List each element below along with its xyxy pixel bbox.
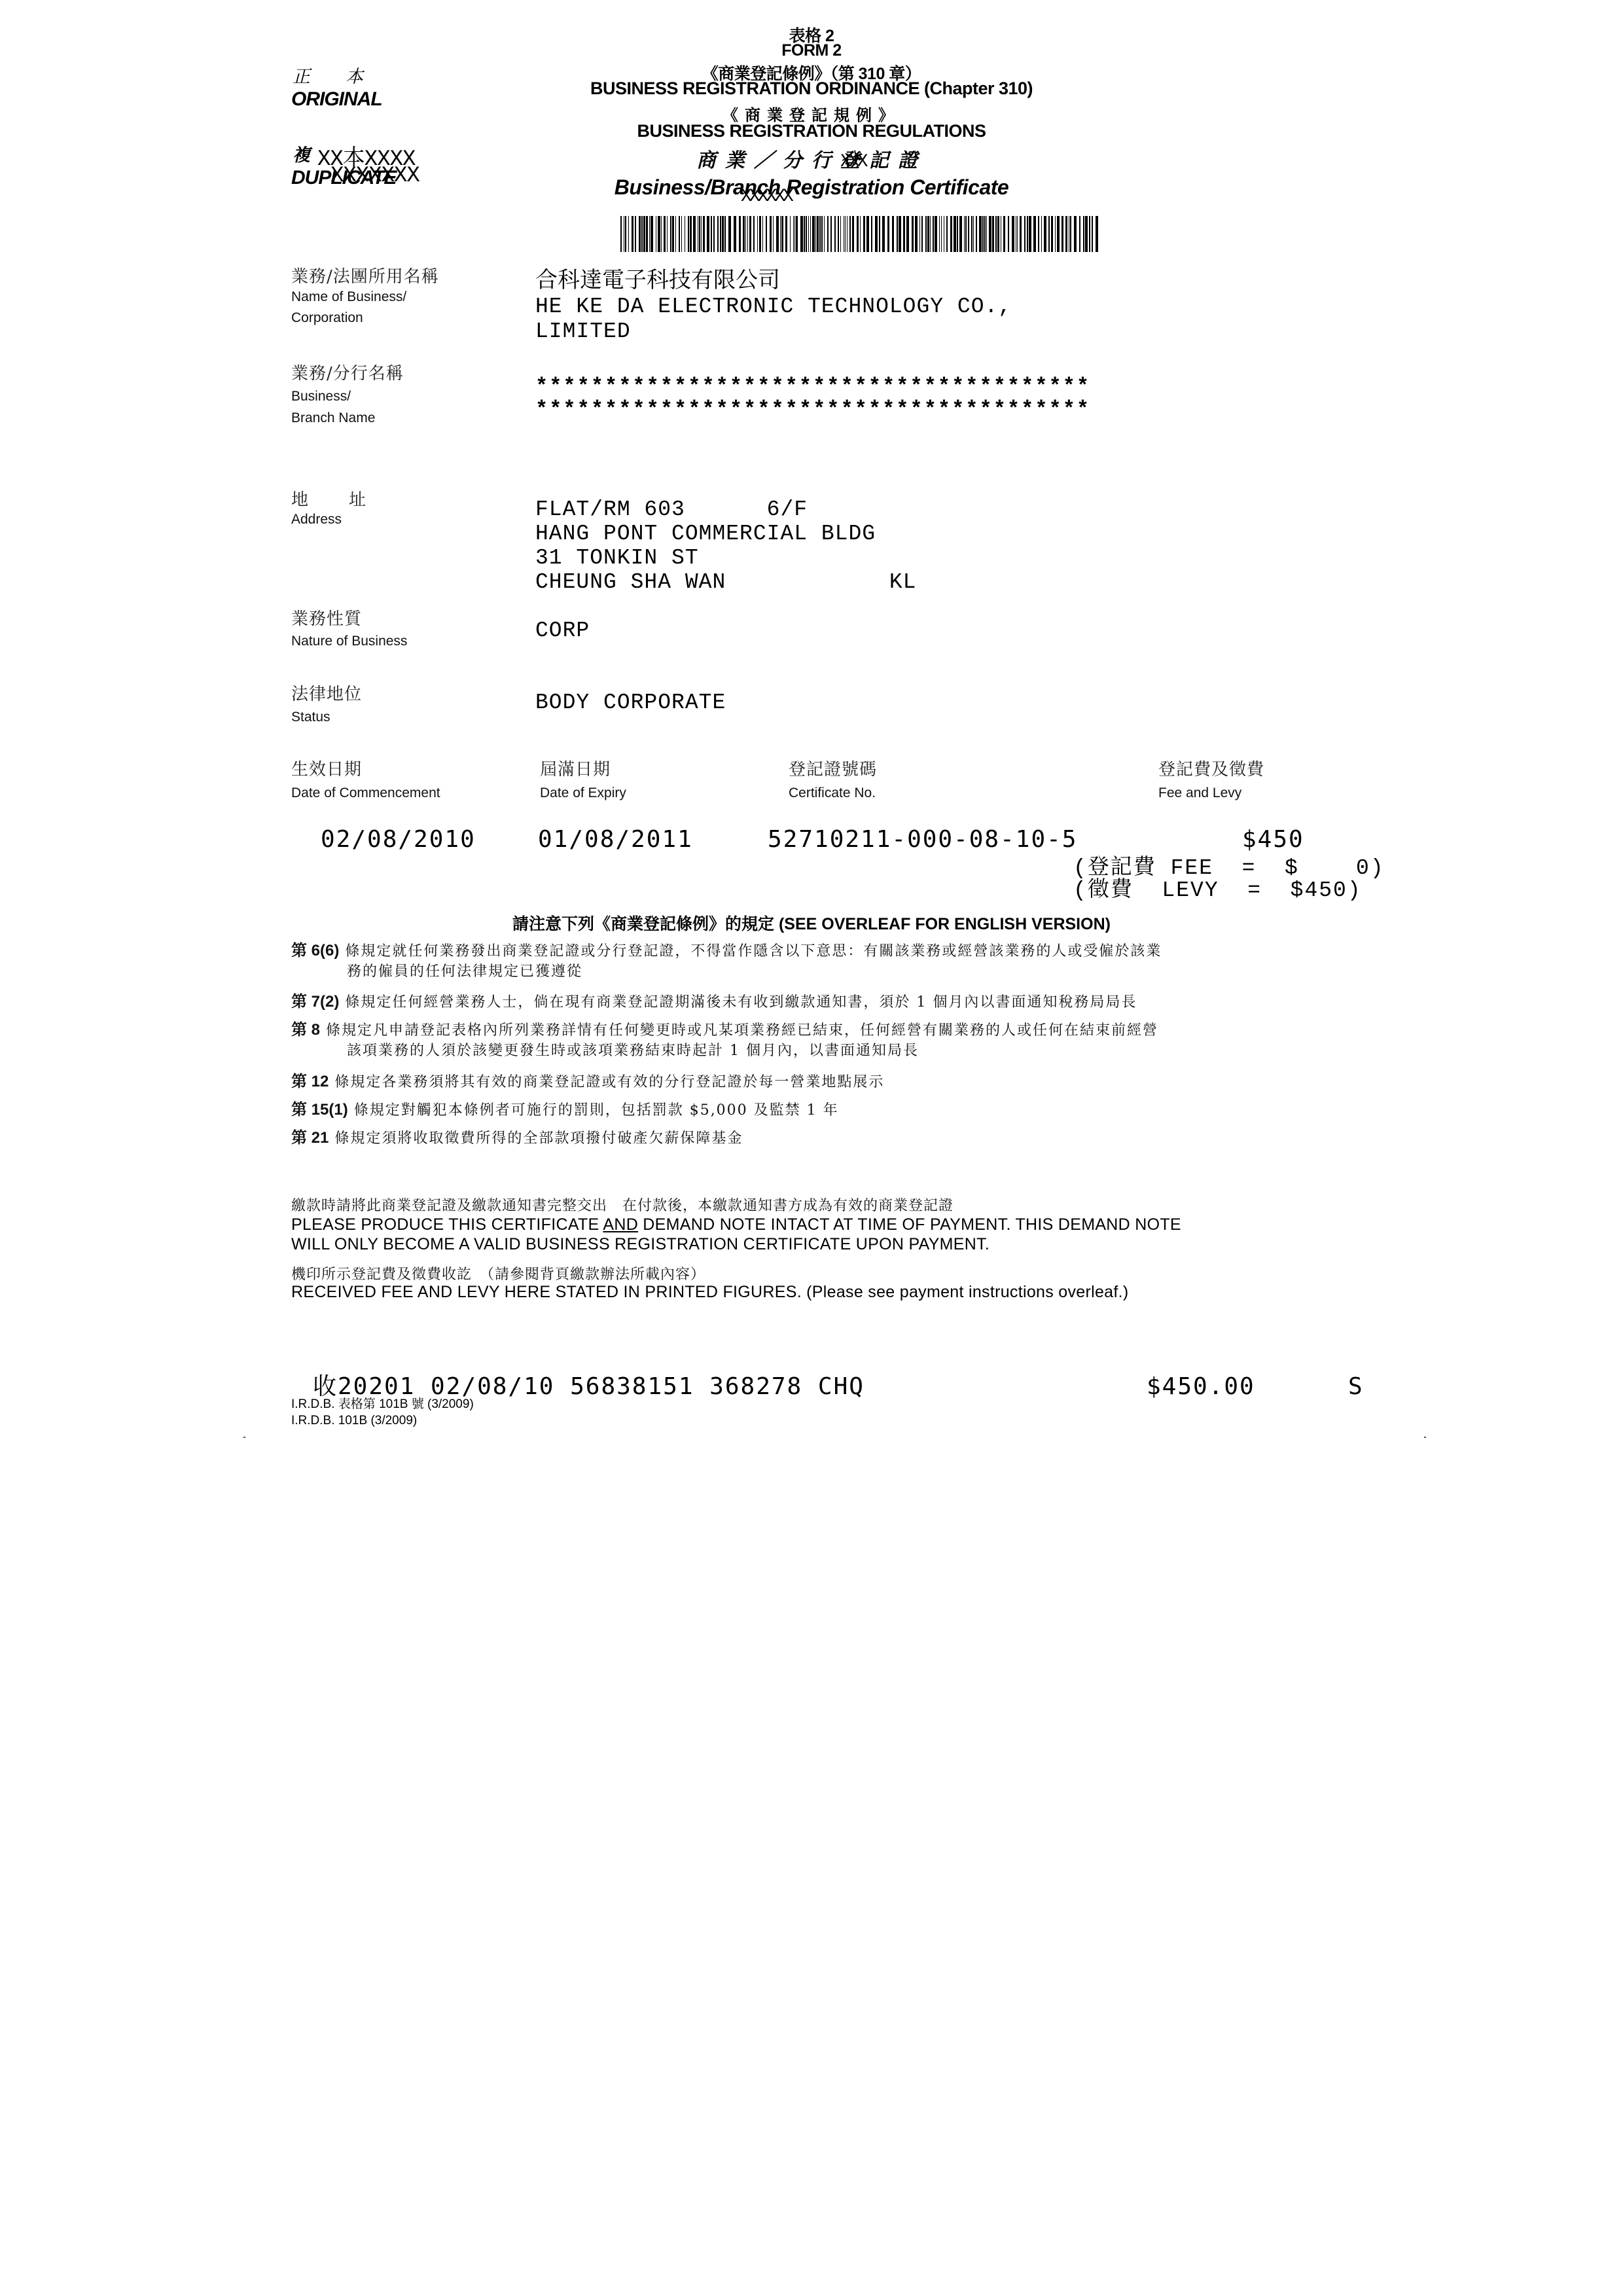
payment-instruction-en: PLEASE PRODUCE THIS CERTIFICATE AND DEMA… (291, 1215, 1181, 1234)
barcode-bar (927, 216, 929, 252)
nature-label-cn: 業務性質 (291, 605, 362, 630)
barcode-bar (1096, 216, 1098, 252)
barcode-bar (1065, 216, 1067, 252)
expiry-label-cn: 屆滿日期 (540, 756, 611, 780)
barcode-bar (658, 216, 660, 252)
barcode-bar (773, 216, 774, 252)
barcode-bar (830, 216, 832, 252)
branch-name-value: **************************************** (535, 374, 1090, 399)
barcode-bar (1024, 216, 1026, 252)
barcode-bar (785, 216, 787, 252)
barcode-bar (973, 216, 974, 252)
barcode-bar (1070, 216, 1071, 252)
status-value: BODY CORPORATE (535, 691, 726, 715)
commencement-label-cn: 生效日期 (291, 756, 362, 780)
barcode-bar (661, 216, 662, 252)
barcode-bar (635, 216, 636, 252)
barcode-bar (921, 216, 923, 252)
notice-heading: 請注意下列《商業登記條例》的規定 (SEE OVERLEAF FOR ENGLI… (0, 911, 1623, 935)
address-label-en: Address (291, 512, 342, 528)
barcode-bar (897, 216, 898, 252)
commencement-date: 02/08/2010 (321, 826, 476, 853)
barcode-bar (844, 216, 844, 252)
barcode-bar (1055, 216, 1056, 252)
barcode-bar (693, 216, 696, 252)
certificate-no-label-en: Certificate No. (789, 785, 876, 801)
barcode-bar (957, 216, 958, 252)
payment-code: S (1348, 1373, 1364, 1400)
barcode-bar (912, 216, 914, 252)
provision-12: 第 12 條規定各業務須將其有效的商業登記證或有效的分行登記證於每一營業地點展示 (291, 1068, 884, 1091)
barcode-bar (734, 216, 736, 252)
barcode-bar (959, 216, 962, 252)
barcode-bar (639, 216, 641, 252)
certificate-number: 52710211-000-08-10-5 (768, 826, 1077, 853)
barcode-bar (1041, 216, 1042, 252)
provision-6-6: 第 6(6) 條規定就任何業務發出商業登記證或分行登記證，不得當作隱含以下意思：… (291, 937, 1162, 960)
provision-6-6-cont: 務的僱員的任何法律規定已獲遵從 (347, 960, 582, 980)
barcode-bar (625, 216, 626, 252)
barcode-bar (946, 216, 948, 252)
barcode-bar (1008, 216, 1009, 252)
barcode-bar (827, 216, 829, 252)
barcode-bar (790, 216, 791, 252)
barcode-bar (759, 216, 761, 252)
barcode-bar (840, 216, 841, 252)
barcode-bar (808, 216, 809, 252)
barcode-bar (989, 216, 991, 252)
form-reference-en: I.R.D.B. 101B (3/2009) (291, 1414, 417, 1428)
barcode-bar (679, 216, 680, 252)
commencement-label-en: Date of Commencement (291, 785, 440, 801)
barcode-bar (749, 216, 751, 252)
branch-strike-overlay-cn: XXX (840, 152, 865, 172)
barcode-bar (860, 216, 861, 252)
barcode-bar (992, 216, 994, 252)
provision-7-2: 第 7(2) 條規定任何經營業務人士，倘在現有商業登記證期滿後未有收到繳款通知書… (291, 988, 1137, 1011)
nature-label-en: Nature of Business (291, 634, 407, 649)
barcode-bar (1003, 216, 1006, 252)
barcode-bar (667, 216, 668, 252)
status-label-cn: 法律地位 (291, 681, 362, 705)
barcode-bar (776, 216, 779, 252)
barcode-bar (722, 216, 724, 252)
barcode-bar (1051, 216, 1053, 252)
barcode-bar (753, 216, 755, 252)
barcode-bar (954, 216, 956, 252)
barcode-bar (819, 216, 821, 252)
barcode-bar (743, 216, 745, 252)
barcode-bar (887, 216, 889, 252)
barcode-bar (793, 216, 794, 252)
barcode-bar (770, 216, 772, 252)
expiry-label-en: Date of Expiry (540, 785, 626, 801)
fee-levy-label-en: Fee and Levy (1158, 785, 1241, 801)
barcode-bar (810, 216, 811, 252)
fee-levy-total: $450 (1242, 826, 1304, 853)
barcode-bar (925, 216, 927, 252)
barcode-bar (941, 216, 942, 252)
barcode-bar (796, 216, 798, 252)
barcode-bar (794, 216, 795, 252)
barcode-bar (664, 216, 666, 252)
regulations-title-en: BUSINESS REGISTRATION REGULATIONS (0, 121, 1623, 141)
fee-levy-label-cn: 登記費及徵費 (1158, 756, 1264, 780)
business-name-label-en: Name of Business/ (291, 289, 406, 305)
barcode-bar (698, 216, 698, 252)
barcode-bar (780, 216, 781, 252)
branch-name-label-cn: 業務/分行名稱 (291, 360, 404, 384)
barcode-bar (939, 216, 940, 252)
nature-value: CORP (535, 619, 590, 643)
barcode-bar (903, 216, 905, 252)
certificate-no-label-cn: 登記證號碼 (789, 756, 877, 780)
barcode-bar (950, 216, 952, 252)
business-name-en: HE KE DA ELECTRONIC TECHNOLOGY CO., (535, 295, 1012, 319)
barcode-bar (875, 216, 878, 252)
barcode-bar (815, 216, 816, 252)
barcode-bar (620, 216, 622, 252)
barcode-bar (624, 216, 624, 252)
certificate-title-cn: 商業／分行登記證 (0, 144, 1623, 173)
barcode-bar (699, 216, 700, 252)
barcode-bar (717, 216, 719, 252)
original-label-en: ORIGINAL (291, 88, 382, 111)
address-line-3: 31 TONKIN ST (535, 546, 699, 570)
certificate-title-en: Business/Branch Registration Certificate (0, 175, 1623, 200)
barcode-bar (681, 216, 682, 252)
expiry-date: 01/08/2011 (538, 826, 693, 853)
barcode-bar (965, 216, 967, 252)
barcode-bar (817, 216, 819, 252)
payment-instruction-en-2: WILL ONLY BECOME A VALID BUSINESS REGIST… (291, 1235, 990, 1254)
barcode-bar (1090, 216, 1090, 252)
barcode-bar (762, 216, 763, 252)
address-line-1: FLAT/RM 603 6/F (535, 497, 808, 522)
barcode-bar (804, 216, 805, 252)
barcode-bar (824, 216, 825, 252)
barcode-bar (1057, 216, 1060, 252)
provision-21: 第 21 條規定須將收取徵費所得的全部款項撥付破產欠薪保障基金 (291, 1124, 743, 1147)
barcode-bar (1085, 216, 1088, 252)
barcode-bar (1016, 216, 1016, 252)
barcode-bar (670, 216, 671, 252)
barcode-bar (672, 216, 674, 252)
barcode-bar (812, 216, 815, 252)
barcode-bar (906, 216, 909, 252)
barcode-bar (863, 216, 865, 252)
barcode-bar (935, 216, 937, 252)
barcode-bar (724, 216, 726, 252)
business-name-en-2: LIMITED (535, 319, 631, 344)
business-name-label-cn: 業務/法團所用名稱 (291, 263, 439, 287)
barcode-bar (1089, 216, 1090, 252)
barcode-bar (1069, 216, 1069, 252)
branch-strike-overlay-en: XXXXXX (741, 187, 791, 207)
barcode-bar (986, 216, 987, 252)
barcode-bar (1017, 216, 1018, 252)
barcode-bar (857, 216, 859, 252)
barcode-bar (1001, 216, 1001, 252)
receipt-note-en: RECEIVED FEE AND LEVY HERE STATED IN PRI… (291, 1283, 1128, 1302)
barcode (620, 216, 1101, 252)
barcode-bar (1061, 216, 1063, 252)
receipt-note-cn: 機印所示登記費及徵費收訖 （請參閱背頁繳款辦法所載內容） (291, 1263, 705, 1283)
payment-instruction-cn: 繳款時請將此商業登記證及繳款通知書完整交出 在付款後，本繳款通知書方成為有效的商… (291, 1194, 954, 1215)
business-name-label-en-2: Corporation (291, 310, 363, 326)
barcode-bar (982, 216, 984, 252)
barcode-bar (643, 216, 645, 252)
address-line-2: HANG PONT COMMERCIAL BLDG (535, 522, 876, 546)
barcode-bar (821, 216, 823, 252)
barcode-bar (979, 216, 982, 252)
address-label-cn: 地 址 (291, 486, 378, 511)
barcode-bar (1092, 216, 1093, 252)
branch-name-label-en-2: Branch Name (291, 410, 375, 426)
barcode-bar (919, 216, 920, 252)
barcode-bar (745, 216, 747, 252)
barcode-bar (649, 216, 650, 252)
barcode-bar (690, 216, 692, 252)
barcode-bar (701, 216, 702, 252)
barcode-bar (703, 216, 705, 252)
barcode-bar (1029, 216, 1031, 252)
barcode-bar (806, 216, 807, 252)
barcode-bar (800, 216, 803, 252)
barcode-bar (852, 216, 854, 252)
provision-8-cont: 該項業務的人須於該變更發生時或該項業務結束時起計 1 個月內，以書面通知局長 (347, 1039, 919, 1060)
barcode-bar (656, 216, 656, 252)
barcode-bar (849, 216, 851, 252)
branch-name-label-en: Business/ (291, 389, 351, 404)
barcode-bar (995, 216, 997, 252)
barcode-bar (781, 216, 783, 252)
barcode-bar (964, 216, 965, 252)
payment-amount: $450.00 (1147, 1373, 1255, 1400)
barcode-bar (871, 216, 872, 252)
barcode-bar (1012, 216, 1014, 252)
barcode-bar (711, 216, 712, 252)
barcode-bar (685, 216, 685, 252)
barcode-bar (757, 216, 758, 252)
barcode-bar (834, 216, 836, 252)
barcode-bar (628, 216, 629, 252)
barcode-bar (1074, 216, 1077, 252)
ordinance-title-en: BUSINESS REGISTRATION ORDINANCE (Chapter… (0, 79, 1623, 99)
barcode-bar (1044, 216, 1046, 252)
barcode-bar (1079, 216, 1080, 252)
barcode-bar (646, 216, 648, 252)
barcode-bar (1020, 216, 1022, 252)
barcode-bar (899, 216, 901, 252)
fold-mark (243, 1437, 245, 1438)
barcode-bar (728, 216, 731, 252)
barcode-bar (675, 216, 676, 252)
barcode-bar (847, 216, 847, 252)
barcode-bar (707, 216, 709, 252)
barcode-bar (720, 216, 721, 252)
barcode-bar (713, 216, 715, 252)
barcode-bar (1048, 216, 1050, 252)
barcode-bar (944, 216, 944, 252)
barcode-bar (968, 216, 969, 252)
barcode-bar (984, 216, 986, 252)
barcode-bar (866, 216, 869, 252)
barcode-bar (838, 216, 839, 252)
barcode-bar (632, 216, 633, 252)
barcode-bar (892, 216, 894, 252)
barcode-bar (739, 216, 741, 252)
duplicate-label-cn: 複 (293, 141, 310, 166)
barcode-bar (976, 216, 977, 252)
barcode-bar (882, 216, 885, 252)
business-name-cn: 合科達電子科技有限公司 (535, 262, 780, 294)
barcode-bar (1033, 216, 1036, 252)
barcode-bar (915, 216, 918, 252)
barcode-bar (997, 216, 999, 252)
barcode-bar (930, 216, 931, 252)
form-reference-cn: I.R.D.B. 表格第 101B 號 (3/2009) (291, 1394, 474, 1412)
barcode-bar (1083, 216, 1084, 252)
duplicate-strike-overlay: XXXXXXX (330, 164, 419, 188)
barcode-bar (747, 216, 748, 252)
provision-8: 第 8 條規定凡申請登記表格內所列業務詳情有任何變更時或凡某項業務經已結束，任何… (291, 1016, 1158, 1039)
barcode-bar (1038, 216, 1039, 252)
barcode-bar (688, 216, 689, 252)
status-label-en: Status (291, 709, 330, 725)
barcode-bar (651, 216, 653, 252)
barcode-bar (879, 216, 880, 252)
original-label-cn: 正 本 (293, 62, 363, 88)
barcode-bar (971, 216, 972, 252)
branch-name-value-2: **************************************** (535, 397, 1090, 422)
barcode-bar (1027, 216, 1028, 252)
barcode-bar (766, 216, 767, 252)
levy-breakdown: (徵費 LEVY = $450) (1073, 872, 1362, 903)
form-number-en: FORM 2 (0, 41, 1623, 60)
provision-15-1: 第 15(1) 條規定對觸犯本條例者可施行的罰則，包括罰款 $5,000 及監禁… (291, 1096, 839, 1119)
barcode-bar (641, 216, 643, 252)
address-line-4: CHEUNG SHA WAN KL (535, 570, 917, 594)
fold-mark (1424, 1437, 1426, 1438)
barcode-bar (933, 216, 934, 252)
barcode-bar (845, 216, 846, 252)
